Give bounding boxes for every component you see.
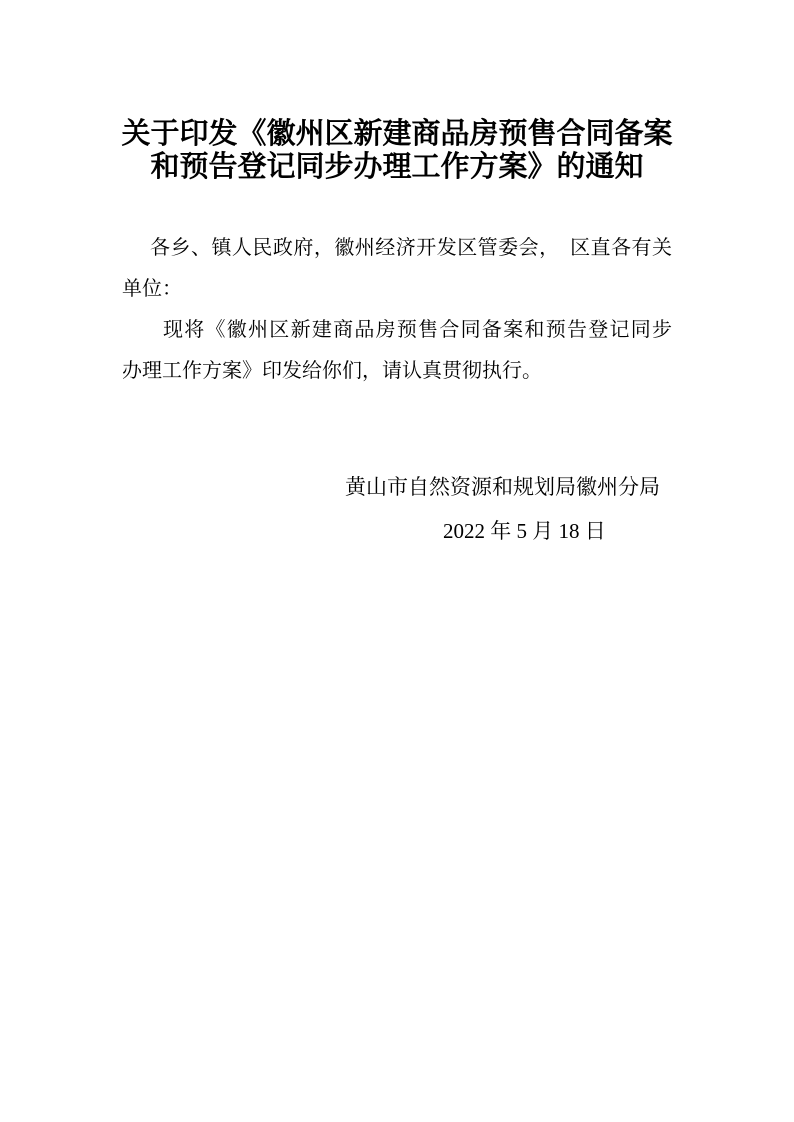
issuer-name: 黄山市自然资源和规划局徽州分局 (345, 472, 660, 502)
addressee-line-1: 各乡、镇人民政府，徽州经济开发区管委会， 区直各有关 (122, 233, 672, 263)
addressee-line-2: 单位： (122, 274, 672, 304)
body-line-2: 办理工作方案》印发给你们，请认真贯彻执行。 (122, 356, 672, 386)
notice-title-line-1: 关于印发《徽州区新建商品房预售合同备案 (0, 118, 794, 151)
body-line-1: 现将《徽州区新建商品房预售合同备案和预告登记同步 (122, 315, 672, 345)
notice-document-page: 关于印发《徽州区新建商品房预售合同备案 和预告登记同步办理工作方案》的通知 各乡… (0, 0, 794, 1122)
issue-date: 2022 年 5 月 18 日 (443, 516, 606, 546)
notice-title-line-2: 和预告登记同步办理工作方案》的通知 (0, 151, 794, 184)
notice-title: 关于印发《徽州区新建商品房预售合同备案 和预告登记同步办理工作方案》的通知 (0, 118, 794, 184)
